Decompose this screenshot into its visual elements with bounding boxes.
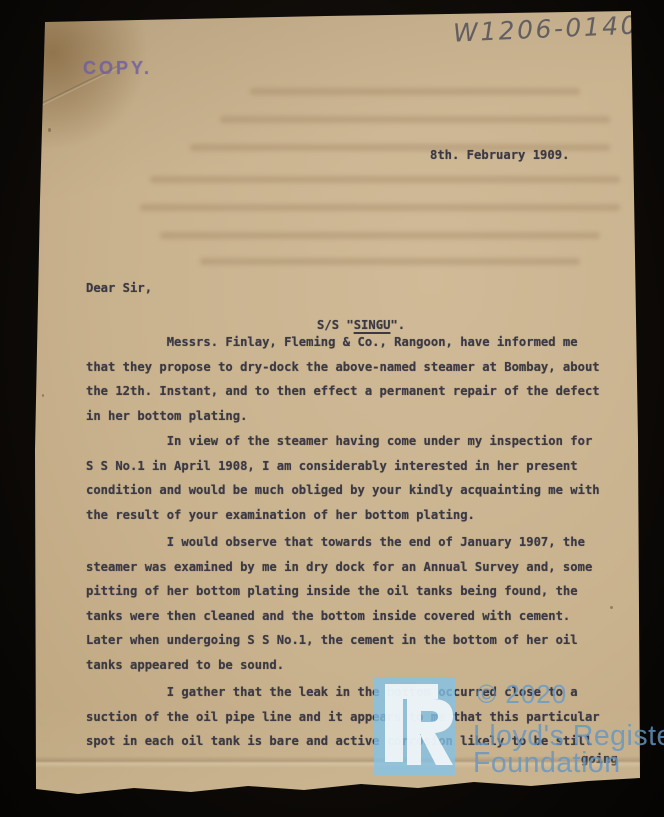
- archive-reference-handwriting: W1206-0140½: [452, 9, 663, 47]
- bleedthrough-mark: [200, 258, 580, 265]
- bleedthrough-mark: [140, 204, 620, 211]
- bleedthrough-mark: [160, 232, 600, 239]
- salutation: Dear Sir,: [86, 281, 152, 295]
- paragraph-2: In view of the steamer having come under…: [86, 429, 600, 527]
- paragraph-4: I gather that the leak in the bottom occ…: [86, 680, 600, 754]
- letter-date: 8th. February 1909.: [430, 148, 569, 162]
- document-paper: COPY. W1206-0140½ 8th. February 1909. De…: [26, 8, 640, 800]
- copy-stamp: COPY.: [83, 58, 152, 79]
- bleedthrough-mark: [220, 116, 610, 123]
- paragraph-3: I would observe that towards the end of …: [86, 530, 592, 677]
- fold-crease: [26, 756, 640, 768]
- paper-speck: [48, 128, 51, 132]
- paragraph-1: Messrs. Finlay, Fleming & Co., Rangoon, …: [86, 330, 600, 428]
- bleedthrough-mark: [150, 176, 620, 183]
- bleedthrough-mark: [250, 88, 580, 95]
- photo-background: COPY. W1206-0140½ 8th. February 1909. De…: [0, 0, 664, 817]
- paper-speck: [610, 606, 613, 609]
- paper-speck: [42, 394, 44, 397]
